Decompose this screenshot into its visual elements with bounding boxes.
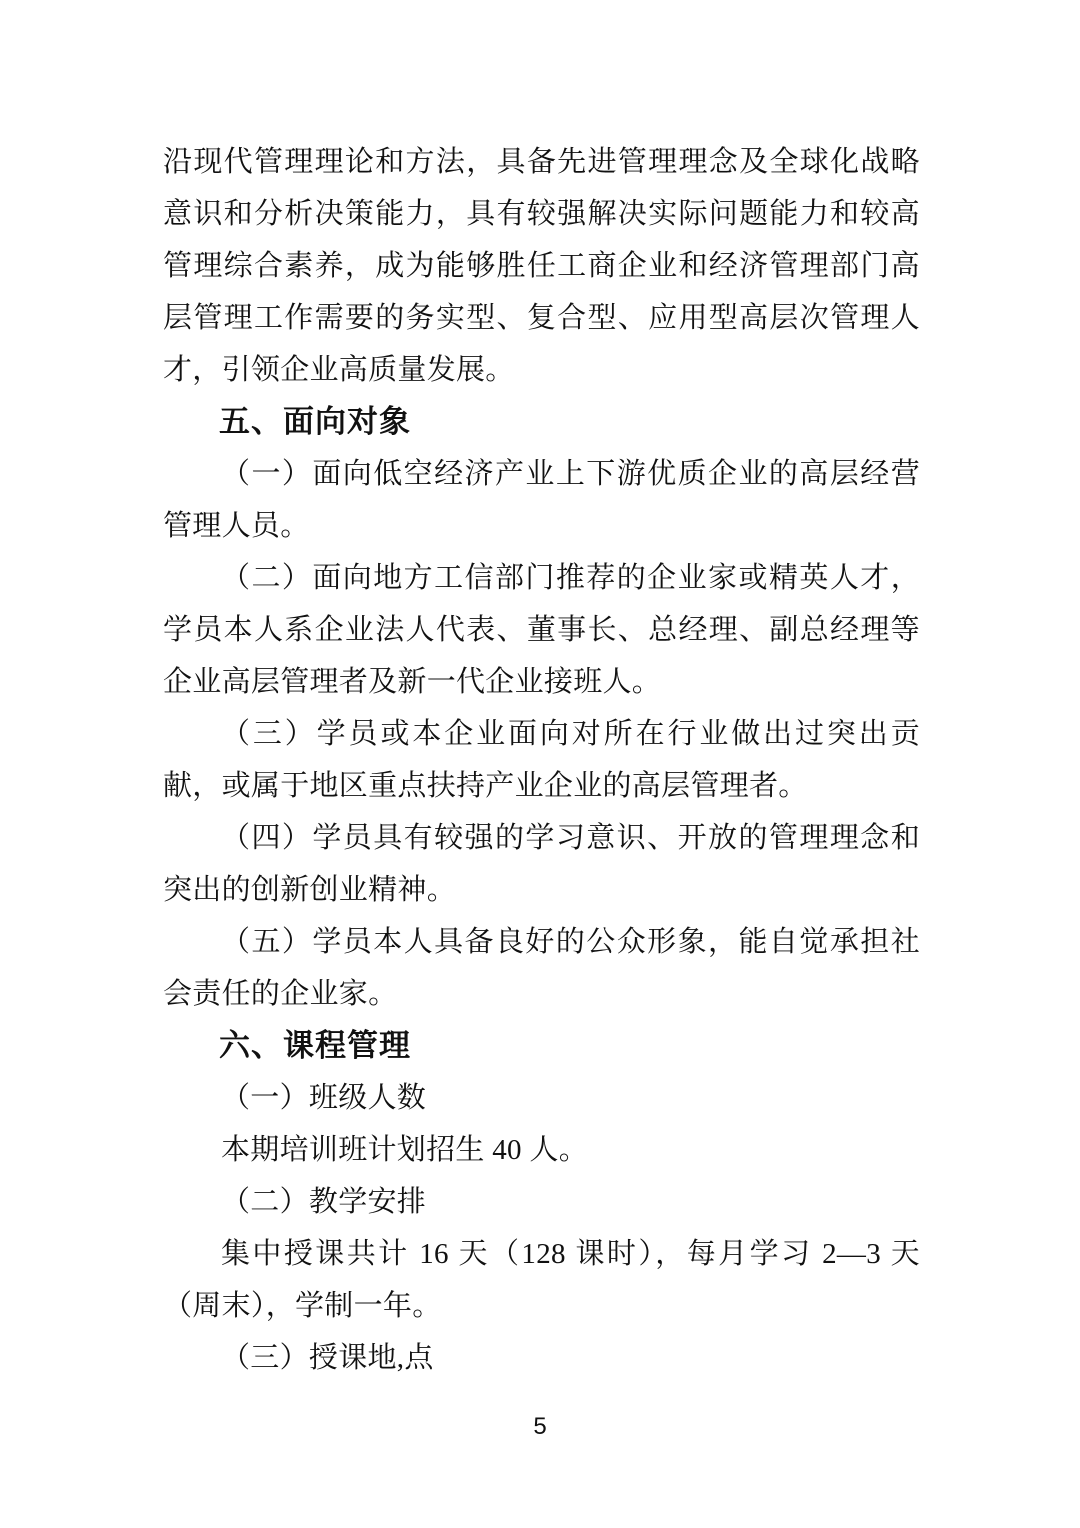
page-number: 5 xyxy=(0,1412,1080,1442)
paragraph-class-size: 本期培训班计划招生 40 人。 xyxy=(163,1124,920,1176)
section-heading-6: 六、课程管理 xyxy=(163,1020,920,1072)
paragraph-item-3: （三）学员或本企业面向对所在行业做出过突出贡献，或属于地区重点扶持产业企业的高层… xyxy=(163,708,920,812)
paragraph-item-1: （一）面向低空经济产业上下游优质企业的高层经营管理人员。 xyxy=(163,448,920,552)
sub-heading-schedule: （二）教学安排 xyxy=(163,1176,920,1228)
paragraph-continuation: 沿现代管理理论和方法，具备先进管理理念及全球化战略意识和分析决策能力，具有较强解… xyxy=(163,136,920,396)
sub-heading-location: （三）授课地,点 xyxy=(163,1332,920,1384)
paragraph-item-5: （五）学员本人具备良好的公众形象，能自觉承担社会责任的企业家。 xyxy=(163,916,920,1020)
paragraph-item-2: （二）面向地方工信部门推荐的企业家或精英人才，学员本人系企业法人代表、董事长、总… xyxy=(163,552,920,708)
paragraph-schedule: 集中授课共计 16 天（128 课时），每月学习 2—3 天（周末），学制一年。 xyxy=(163,1228,920,1332)
section-heading-5: 五、面向对象 xyxy=(163,396,920,448)
sub-heading-class-size: （一）班级人数 xyxy=(163,1072,920,1124)
document-body: 沿现代管理理论和方法，具备先进管理理念及全球化战略意识和分析决策能力，具有较强解… xyxy=(163,136,920,1384)
paragraph-item-4: （四）学员具有较强的学习意识、开放的管理理念和突出的创新创业精神。 xyxy=(163,812,920,916)
document-page: 沿现代管理理论和方法，具备先进管理理念及全球化战略意识和分析决策能力，具有较强解… xyxy=(0,0,1080,1528)
